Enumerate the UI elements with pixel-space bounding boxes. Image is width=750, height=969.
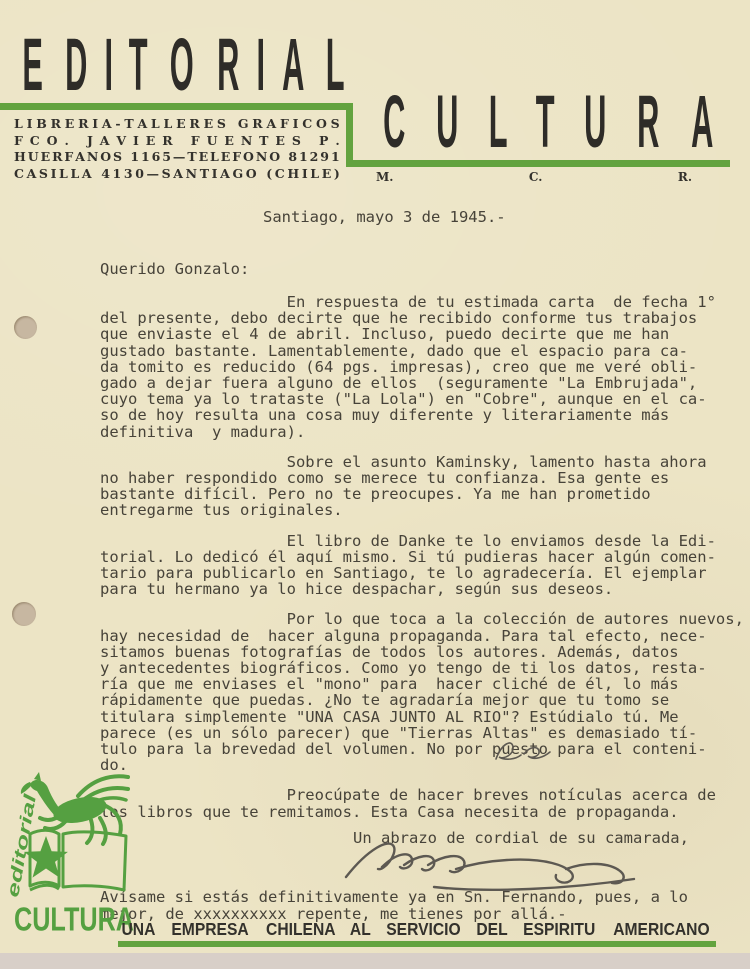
slogan-word: AL bbox=[350, 920, 371, 941]
green-rule-footer bbox=[118, 941, 716, 947]
letterhead-initials: M. C. R. bbox=[376, 170, 692, 184]
letter-body: En respuesta de tu estimada carta de fec… bbox=[100, 294, 750, 834]
initial-r: R. bbox=[678, 170, 692, 184]
paragraph-3: El libro de Danke te lo enviamos desde l… bbox=[100, 533, 750, 598]
logo-cultura-text: CULTURA bbox=[14, 900, 134, 938]
salutation: Querido Gonzalo: bbox=[100, 260, 249, 278]
scanner-background bbox=[0, 953, 750, 969]
initial-c: C. bbox=[529, 170, 543, 184]
signature-scribble bbox=[338, 835, 658, 893]
green-rule-step bbox=[346, 103, 353, 167]
footer-slogan: UNA EMPRESA CHILENA AL SERVICIO DEL ESPI… bbox=[120, 920, 714, 941]
slogan-word: EMPRESA bbox=[171, 920, 248, 941]
address-line: CASILLA 4130—SANTIAGO (CHILE) bbox=[14, 166, 340, 183]
dateline: Santiago, mayo 3 de 1945.- bbox=[263, 208, 506, 226]
green-rule-top bbox=[0, 103, 353, 110]
paragraph-2: Sobre el asunto Kaminsky, lamento hasta … bbox=[100, 454, 750, 519]
slogan-word: ESPIRITU bbox=[523, 920, 595, 941]
letterhead-editorial: EDITORIAL bbox=[14, 44, 352, 103]
letterhead-address: LIBRERIA-TALLERES GRAFICOS FCO. JAVIER F… bbox=[14, 116, 340, 182]
initial-m: M. bbox=[376, 170, 393, 184]
letterhead-cultura: CULTURA bbox=[374, 102, 722, 160]
paragraph-4: Por lo que toca a la colección de autore… bbox=[100, 611, 750, 773]
letter-paper: EDITORIAL CULTURA LIBRERIA-TALLERES GRAF… bbox=[0, 0, 750, 953]
address-line: LIBRERIA-TALLERES GRAFICOS bbox=[14, 116, 340, 133]
slogan-word: AMERICANO bbox=[613, 920, 709, 941]
handwritten-insertion-mark bbox=[488, 737, 558, 771]
punch-hole bbox=[14, 316, 37, 339]
punch-hole bbox=[12, 602, 36, 626]
slogan-word: DEL bbox=[476, 920, 507, 941]
postscript: Avísame si estás definitivamente ya en S… bbox=[100, 889, 688, 923]
address-line: HUERFANOS 1165—TELEFONO 81291 bbox=[14, 149, 340, 166]
address-line: FCO. JAVIER FUENTES P. bbox=[14, 133, 340, 150]
paragraph-1: En respuesta de tu estimada carta de fec… bbox=[100, 294, 750, 440]
slogan-word: UNA bbox=[121, 920, 155, 941]
slogan-word: CHILENA bbox=[266, 920, 336, 941]
slogan-word: SERVICIO bbox=[386, 920, 460, 941]
paragraph-5: Preocúpate de hacer breves notículas ace… bbox=[100, 787, 750, 819]
